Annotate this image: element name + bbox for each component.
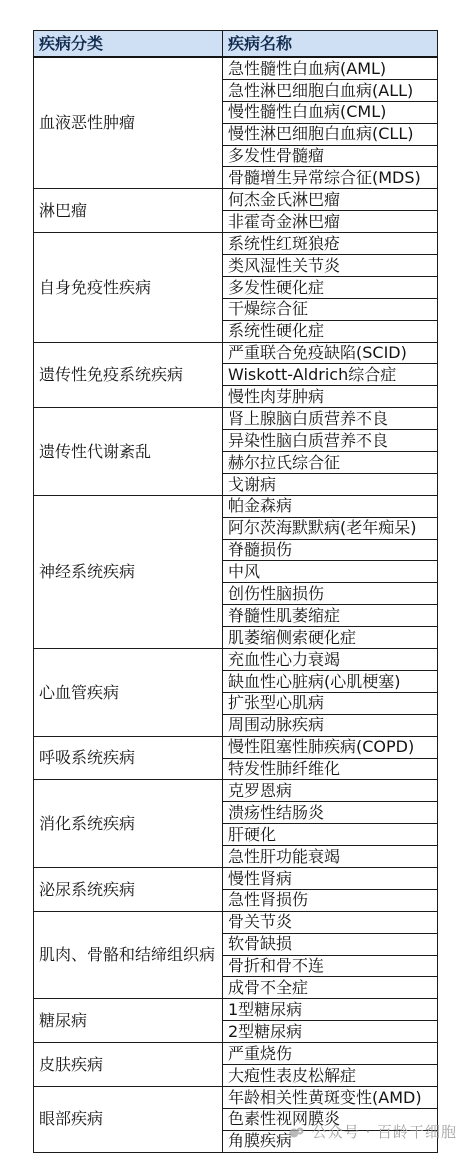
disease-cell: 慢性淋巴细胞白血病(CLL) (223, 123, 438, 145)
disease-cell: 1型糖尿病 (223, 999, 438, 1021)
disease-cell: 慢性髓性白血病(CML) (223, 101, 438, 123)
disease-cell: 脊髓损伤 (223, 539, 438, 561)
disease-cell: 干燥综合征 (223, 298, 438, 320)
disease-cell: 慢性阻塞性肺疾病(COPD) (223, 736, 438, 758)
table-row: 消化系统疾病克罗恩病 (34, 780, 438, 802)
disease-cell: 慢性肉芽肿病 (223, 386, 438, 408)
disease-cell: 脊髓性肌萎缩症 (223, 605, 438, 627)
disease-cell: 缺血性心脏病(心肌梗塞) (223, 670, 438, 692)
disease-cell: 急性髓性白血病(AML) (223, 57, 438, 79)
disease-cell: 特发性肺纤维化 (223, 758, 438, 780)
disease-cell: 帕金森病 (223, 495, 438, 517)
disease-cell: 急性淋巴细胞白血病(ALL) (223, 79, 438, 101)
table-row: 神经系统疾病帕金森病 (34, 495, 438, 517)
header-cell-category: 疾病分类 (34, 31, 223, 58)
category-cell: 糖尿病 (34, 999, 223, 1043)
table-row: 肌肉、骨骼和结缔组织病骨关节炎 (34, 911, 438, 933)
category-cell: 神经系统疾病 (34, 495, 223, 648)
table-row: 淋巴瘤何杰金氏淋巴瘤 (34, 189, 438, 211)
category-cell: 眼部疾病 (34, 1086, 223, 1152)
table-row: 糖尿病1型糖尿病 (34, 999, 438, 1021)
category-cell: 遗传性免疫系统疾病 (34, 342, 223, 408)
disease-cell: 严重烧伤 (223, 1043, 438, 1065)
disease-cell: 2型糖尿病 (223, 1021, 438, 1043)
disease-cell: 充血性心力衰竭 (223, 649, 438, 671)
category-cell: 淋巴瘤 (34, 189, 223, 233)
disease-cell: 扩张型心肌病 (223, 692, 438, 714)
disease-cell: 年龄相关性黄斑变性(AMD) (223, 1086, 438, 1108)
category-cell: 呼吸系统疾病 (34, 736, 223, 780)
disease-cell: 严重联合免疫缺陷(SCID) (223, 342, 438, 364)
disease-cell: 角膜疾病 (223, 1130, 438, 1152)
disease-cell: 异染性脑白质营养不良 (223, 430, 438, 452)
table-row: 呼吸系统疾病慢性阻塞性肺疾病(COPD) (34, 736, 438, 758)
disease-table: 疾病分类 疾病名称 血液恶性肿瘤急性髓性白血病(AML)急性淋巴细胞白血病(AL… (33, 30, 438, 1153)
disease-cell: 系统性红斑狼疮 (223, 233, 438, 255)
disease-cell: 成骨不全症 (223, 977, 438, 999)
category-cell: 心血管疾病 (34, 649, 223, 737)
category-cell: 血液恶性肿瘤 (34, 57, 223, 189)
table-row: 遗传性代谢紊乱肾上腺脑白质营养不良 (34, 408, 438, 430)
disease-cell: 中风 (223, 561, 438, 583)
disease-cell: 多发性硬化症 (223, 276, 438, 298)
disease-cell: 慢性肾病 (223, 867, 438, 889)
disease-cell: 创伤性脑损伤 (223, 583, 438, 605)
disease-cell: 急性肝功能衰竭 (223, 846, 438, 868)
table-row: 心血管疾病充血性心力衰竭 (34, 649, 438, 671)
table-row: 眼部疾病年龄相关性黄斑变性(AMD) (34, 1086, 438, 1108)
table-row: 遗传性免疫系统疾病严重联合免疫缺陷(SCID) (34, 342, 438, 364)
disease-cell: 骨髓增生异常综合征(MDS) (223, 167, 438, 189)
category-cell: 遗传性代谢紊乱 (34, 408, 223, 496)
disease-cell: 周围动脉疾病 (223, 714, 438, 736)
disease-cell: 急性肾损伤 (223, 889, 438, 911)
disease-cell: 溃疡性结肠炎 (223, 802, 438, 824)
disease-cell: 骨关节炎 (223, 911, 438, 933)
disease-cell: 赫尔拉氏综合征 (223, 452, 438, 474)
category-cell: 消化系统疾病 (34, 780, 223, 868)
table-row: 自身免疫性疾病系统性红斑狼疮 (34, 233, 438, 255)
table-row: 皮肤疾病严重烧伤 (34, 1043, 438, 1065)
disease-cell: 软骨缺损 (223, 933, 438, 955)
disease-cell: 肝硬化 (223, 824, 438, 846)
disease-cell: Wiskott-Aldrich综合症 (223, 364, 438, 386)
table-row: 泌尿系统疾病慢性肾病 (34, 867, 438, 889)
disease-cell: 阿尔茨海默默病(老年痴呆) (223, 517, 438, 539)
disease-table-header: 疾病分类 疾病名称 (34, 31, 438, 58)
header-row: 疾病分类 疾病名称 (34, 31, 438, 58)
category-cell: 泌尿系统疾病 (34, 867, 223, 911)
disease-cell: 系统性硬化症 (223, 320, 438, 342)
disease-cell: 克罗恩病 (223, 780, 438, 802)
category-cell: 自身免疫性疾病 (34, 233, 223, 342)
category-cell: 肌肉、骨骼和结缔组织病 (34, 911, 223, 999)
table-row: 血液恶性肿瘤急性髓性白血病(AML) (34, 57, 438, 79)
disease-cell: 肾上腺脑白质营养不良 (223, 408, 438, 430)
disease-cell: 多发性骨髓瘤 (223, 145, 438, 167)
disease-table-body: 血液恶性肿瘤急性髓性白血病(AML)急性淋巴细胞白血病(ALL)慢性髓性白血病(… (34, 57, 438, 1152)
header-cell-disease-name: 疾病名称 (223, 31, 438, 58)
category-cell: 皮肤疾病 (34, 1043, 223, 1087)
disease-cell: 类风湿性关节炎 (223, 255, 438, 277)
disease-cell: 非霍奇金淋巴瘤 (223, 211, 438, 233)
disease-cell: 戈谢病 (223, 473, 438, 495)
disease-cell: 色素性视网膜炎 (223, 1108, 438, 1130)
disease-cell: 骨折和骨不连 (223, 955, 438, 977)
disease-cell: 大疱性表皮松解症 (223, 1064, 438, 1086)
disease-cell: 何杰金氏淋巴瘤 (223, 189, 438, 211)
disease-cell: 肌萎缩侧索硬化症 (223, 627, 438, 649)
